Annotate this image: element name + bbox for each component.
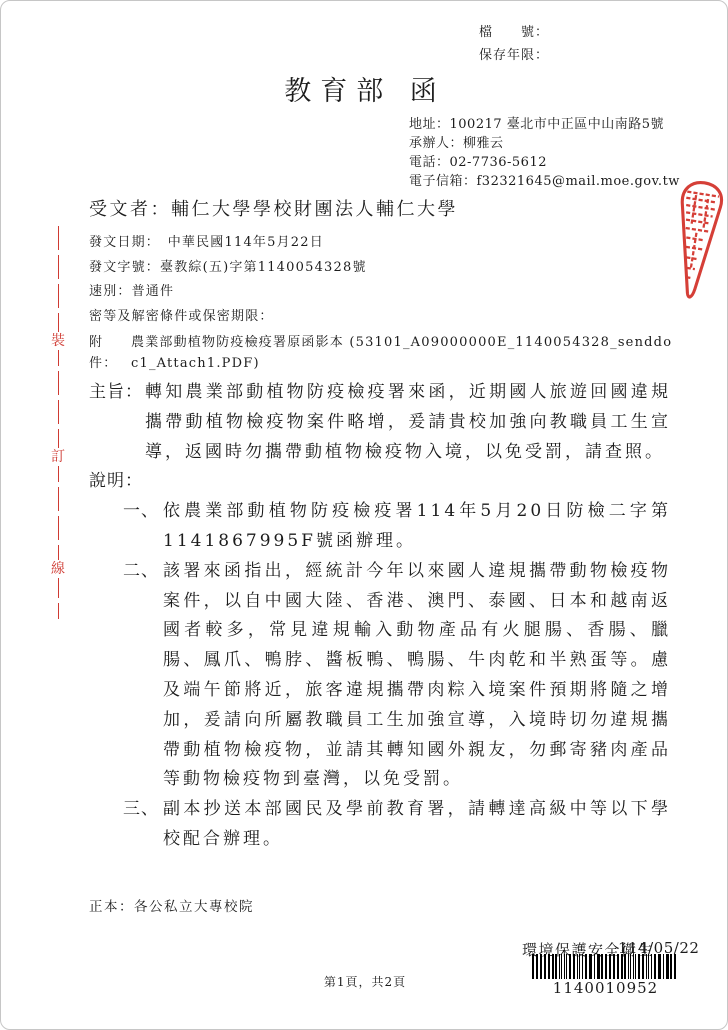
sender-email: 電子信箱：f32321645@mail.moe.gov.tw [409,172,680,191]
subject-paragraph: 主旨： 轉知農業部動植物防疫檢疫署來函，近期國人旅遊回國違規攜帶動植物檢疫物案件… [89,378,671,467]
binding-mark-xian: 線 [50,560,66,578]
description-item-2: 二、 該署來函指出，經統計今年以來國人違規攜帶動物檢疫物案件，以自中國大陸、香港… [89,557,671,795]
sender-contact-person: 承辦人：柳雅云 [409,134,680,153]
item-1-text: 依農業部動植物防疫檢疫署114年5月20日防檢二字第1141867995F號函辦… [163,497,671,557]
letter-body: 主旨： 轉知農業部動植物防疫檢疫署來函，近期國人旅遊回國違規攜帶動植物檢疫物案件… [89,378,671,855]
retention-period-label: 保存年限： [479,44,549,67]
document-number: 發文字號：臺教綜(五)字第1140054328號 [89,256,679,281]
sender-address: 地址：100217 臺北市中正區中山南路5號 [409,115,680,134]
sender-info-block: 地址：100217 臺北市中正區中山南路5號 承辦人：柳雅云 電話：02-773… [409,115,680,191]
attachment-line: 附件： 農業部動植物防疫檢疫署原函影本 (53101_A09000000E_11… [89,332,679,374]
attachment-filename: 農業部動植物防疫檢疫署原函影本 (53101_A09000000E_114005… [131,332,679,374]
description-item-3: 三、 副本抄送本部國民及學前教育署，請轉達高級中等以下學校配合辦理。 [89,795,671,855]
description-label: 說明： [89,467,671,497]
file-number-block: 檔 號： 保存年限： [479,21,549,67]
description-item-1: 一、 依農業部動植物防疫檢疫署114年5月20日防檢二字第1141867995F… [89,497,671,557]
recipient-line: 受文者：輔仁大學學校財團法人輔仁大學 [89,195,458,221]
original-copy-line: 正本：各公私立大專校院 [89,895,254,915]
barcode [532,954,676,979]
priority: 速別：普通件 [89,280,679,305]
issue-date: 發文日期： 中華民國114年5月22日 [89,231,679,256]
barcode-number: 1140010952 [532,979,679,997]
document-meta-block: 發文日期： 中華民國114年5月22日 發文字號：臺教綜(五)字第1140054… [89,231,679,374]
official-letter-page: 檔 號： 保存年限： 教育部 函 地址：100217 臺北市中正區中山南路5號 … [0,0,728,1030]
item-1-label: 一、 [123,497,163,557]
page-title: 教育部 函 [1,69,728,108]
subject-label: 主旨： [89,378,145,467]
item-3-label: 三、 [123,795,163,855]
security-classification: 密等及解密條件或保密期限： [89,305,679,330]
item-3-text: 副本抄送本部國民及學前教育署，請轉達高級中等以下學校配合辦理。 [163,795,671,855]
binding-mark-ding: 訂 [50,448,66,466]
item-2-label: 二、 [123,557,163,795]
attachment-label: 附件： [89,332,131,374]
file-number-label: 檔 號： [479,21,549,44]
sender-phone: 電話：02-7736-5612 [409,153,680,172]
subject-text: 轉知農業部動植物防疫檢疫署來函，近期國人旅遊回國違規攜帶動植物檢疫物案件略增，爰… [145,378,671,467]
binding-mark-zhuang: 裝 [50,332,66,350]
item-2-text: 該署來函指出，經統計今年以來國人違規攜帶動物檢疫物案件，以自中國大陸、香港、澳門… [163,557,671,795]
